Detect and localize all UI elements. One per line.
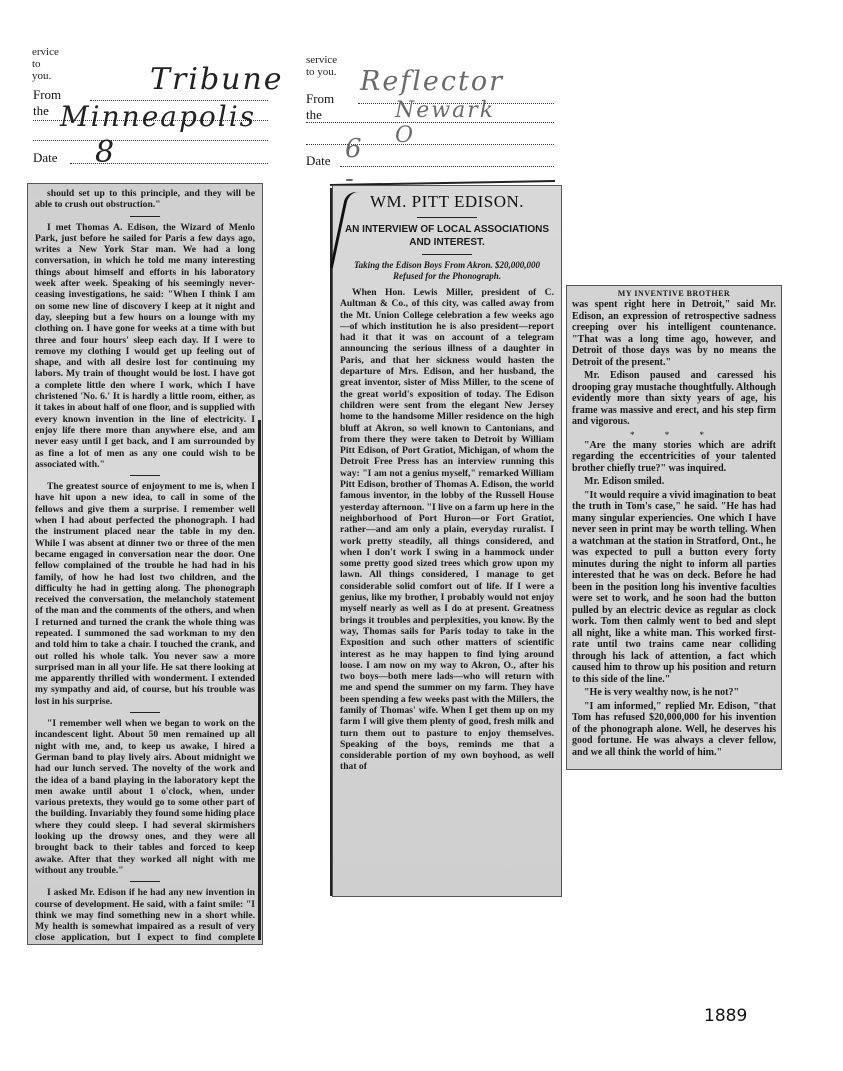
left-article-clipping: should set up to this principle, and the… — [27, 183, 263, 945]
article-paragraph: should set up to this principle, and the… — [35, 188, 255, 211]
publication-handwritten: Tribune — [150, 62, 284, 97]
article-paragraph: "It would require a vivid imagination to… — [572, 490, 776, 686]
section-rule — [130, 881, 160, 882]
running-head: MY INVENTIVE BROTHER — [572, 289, 776, 298]
section-separator: * * * — [572, 430, 776, 440]
section-rule — [130, 216, 160, 217]
middle-article-clipping: WM. PITT EDISON. AN INTERVIEW OF LOCAL A… — [332, 185, 562, 897]
article-paragraph: When Hon. Lewis Miller, president of C. … — [340, 287, 554, 773]
article-paragraph: I met Thomas A. Edison, the Wizard of Me… — [35, 222, 255, 471]
article-paragraph: The greatest source of enjoyment to me i… — [35, 481, 255, 707]
article-paragraph: "I am informed," replied Mr. Edison, "th… — [572, 701, 776, 759]
subhead-rule — [422, 254, 472, 255]
article-headline: WM. PITT EDISON. — [340, 192, 554, 212]
article-paragraph: Mr. Edison smiled. — [572, 476, 776, 488]
slip-top-text: ervice to you. — [32, 46, 59, 82]
place-handwritten: Minneapolis — [60, 100, 256, 133]
from-label: From the — [306, 91, 334, 123]
article-paragraph: I asked Mr. Edison if he had any new inv… — [35, 887, 255, 945]
article-subhead: AN INTERVIEW OF LOCAL ASSOCIATIONS AND I… — [340, 223, 554, 249]
headline-rule — [417, 217, 477, 218]
place-handwritten: Newark O — [395, 98, 495, 148]
right-article-clipping: MY INVENTIVE BROTHER was spent right her… — [566, 285, 782, 770]
date-label: Date — [33, 150, 58, 166]
article-paragraph: Mr. Edison paused and caressed his droop… — [572, 370, 776, 428]
place-line-2 — [33, 140, 268, 141]
section-rule — [130, 475, 160, 476]
margin-ink-line — [258, 420, 261, 940]
article-paragraph: "He is very wealthy now, is he not?" — [572, 687, 776, 699]
article-paragraph: "Are the many stories which are adrift r… — [572, 440, 776, 475]
from-label: From the — [33, 87, 61, 119]
article-paragraph: "I remember well when we began to work o… — [35, 718, 255, 876]
clipping-left-border — [330, 188, 332, 896]
date-label: Date — [306, 153, 331, 169]
slip-top-text: service to you. — [306, 54, 337, 78]
year-annotation: 1889 — [704, 1006, 747, 1026]
publication-handwritten: Reflector — [360, 66, 504, 97]
section-rule — [130, 712, 160, 713]
article-paragraph: was spent right here in Detroit," said M… — [572, 299, 776, 368]
article-deck: Taking the Edison Boys From Akron. $20,0… — [340, 260, 554, 282]
